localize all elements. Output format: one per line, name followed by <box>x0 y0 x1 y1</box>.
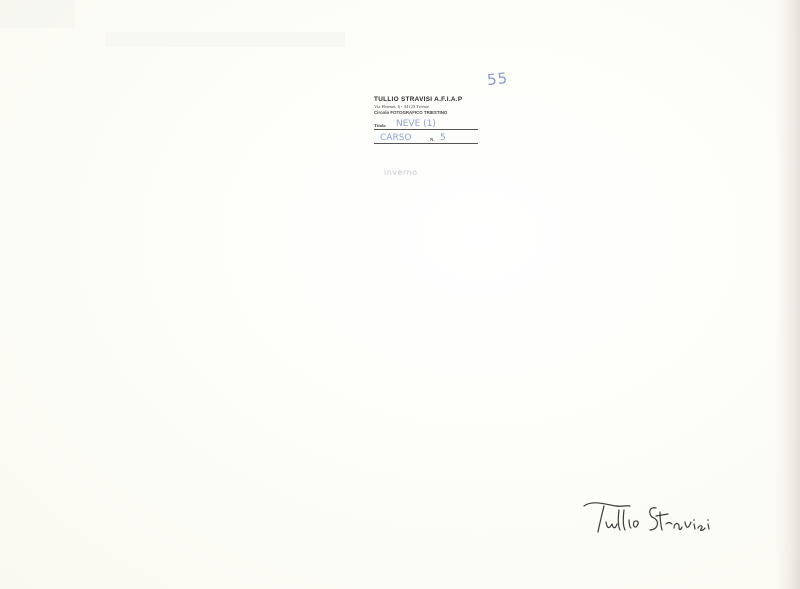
stamp-second-value: CARSO <box>380 133 412 143</box>
stamp-number-value: 5 <box>440 133 446 143</box>
photographer-stamp: TULLIO STRAVISI A.F.I.A.P Via Hermet, 6 … <box>374 96 478 144</box>
stamp-club: Circolo FOTOGRAFICO TRIESTINO <box>374 110 478 116</box>
stamp-title-label: Titolo <box>374 123 386 128</box>
stamp-name: TULLIO STRAVISI A.F.I.A.P <box>374 96 478 104</box>
signature-icon <box>582 494 732 544</box>
stamp-title-value: NEVE (1) <box>396 119 436 129</box>
stamp-number-label: N. <box>430 137 434 142</box>
faint-mark <box>105 32 345 47</box>
signature <box>582 494 732 544</box>
pencil-note: inverno <box>384 168 418 177</box>
stamp-title-row: Titolo NEVE (1) <box>374 118 478 130</box>
pencil-number: 55 <box>486 69 509 89</box>
stamp-number-row: CARSO N. 5 <box>374 132 478 144</box>
faint-mark <box>0 0 75 28</box>
